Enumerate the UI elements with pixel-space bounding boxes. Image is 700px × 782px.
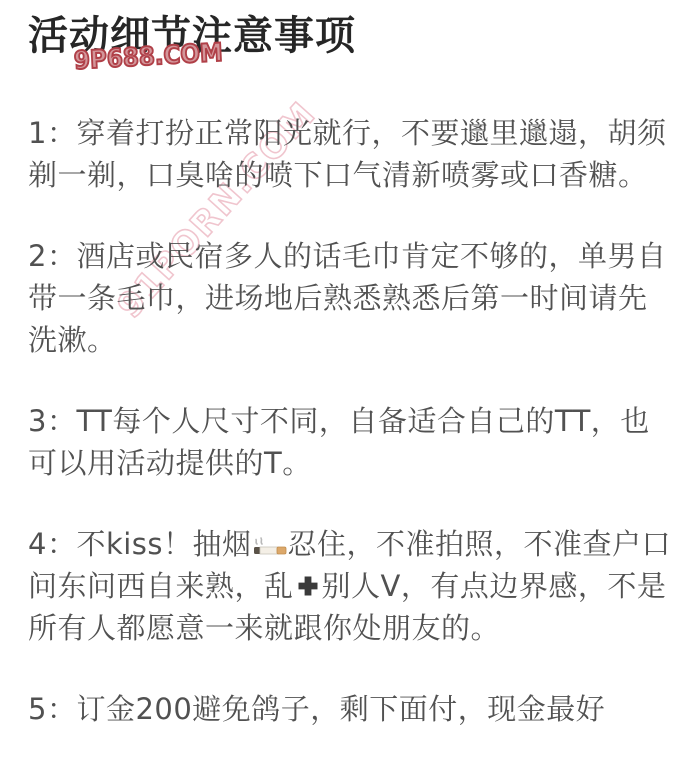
notes-list: 1：穿着打扮正常阳光就行，不要邋里邋遢，胡须剃一剃，口臭啥的喷下口气清新喷雾或口… xyxy=(28,112,672,730)
note-item-3: 3：TT每个人尺寸不同，自备适合自己的TT，也可以用活动提供的T。 xyxy=(28,400,672,484)
page-title: 活动细节注意事项 xyxy=(28,8,672,64)
note-4-text-a: 4：不kiss！抽烟 xyxy=(28,527,252,561)
note-content: 活动细节注意事项 1：穿着打扮正常阳光就行，不要邋里邋遢，胡须剃一剃，口臭啥的喷… xyxy=(0,0,700,730)
note-item-5: 5：订金200避免鸽子，剩下面付，现金最好 xyxy=(28,688,672,730)
note-item-2: 2：酒店或民宿多人的话毛巾肯定不够的，单男自带一条毛巾，进场地后熟悉熟悉后第一时… xyxy=(28,235,672,361)
cigarette-emoji-icon xyxy=(252,536,288,558)
note-page: 91PORN.COM 活动细节注意事项 1：穿着打扮正常阳光就行，不要邋里邋遢，… xyxy=(0,0,700,782)
note-item-1: 1：穿着打扮正常阳光就行，不要邋里邋遢，胡须剃一剃，口臭啥的喷下口气清新喷雾或口… xyxy=(28,112,672,196)
note-item-4: 4：不kiss！抽烟忍住，不准拍照，不准查户口问东问西自来熟，乱别人V，有点边界… xyxy=(28,523,672,649)
heavy-plus-icon xyxy=(296,574,320,598)
